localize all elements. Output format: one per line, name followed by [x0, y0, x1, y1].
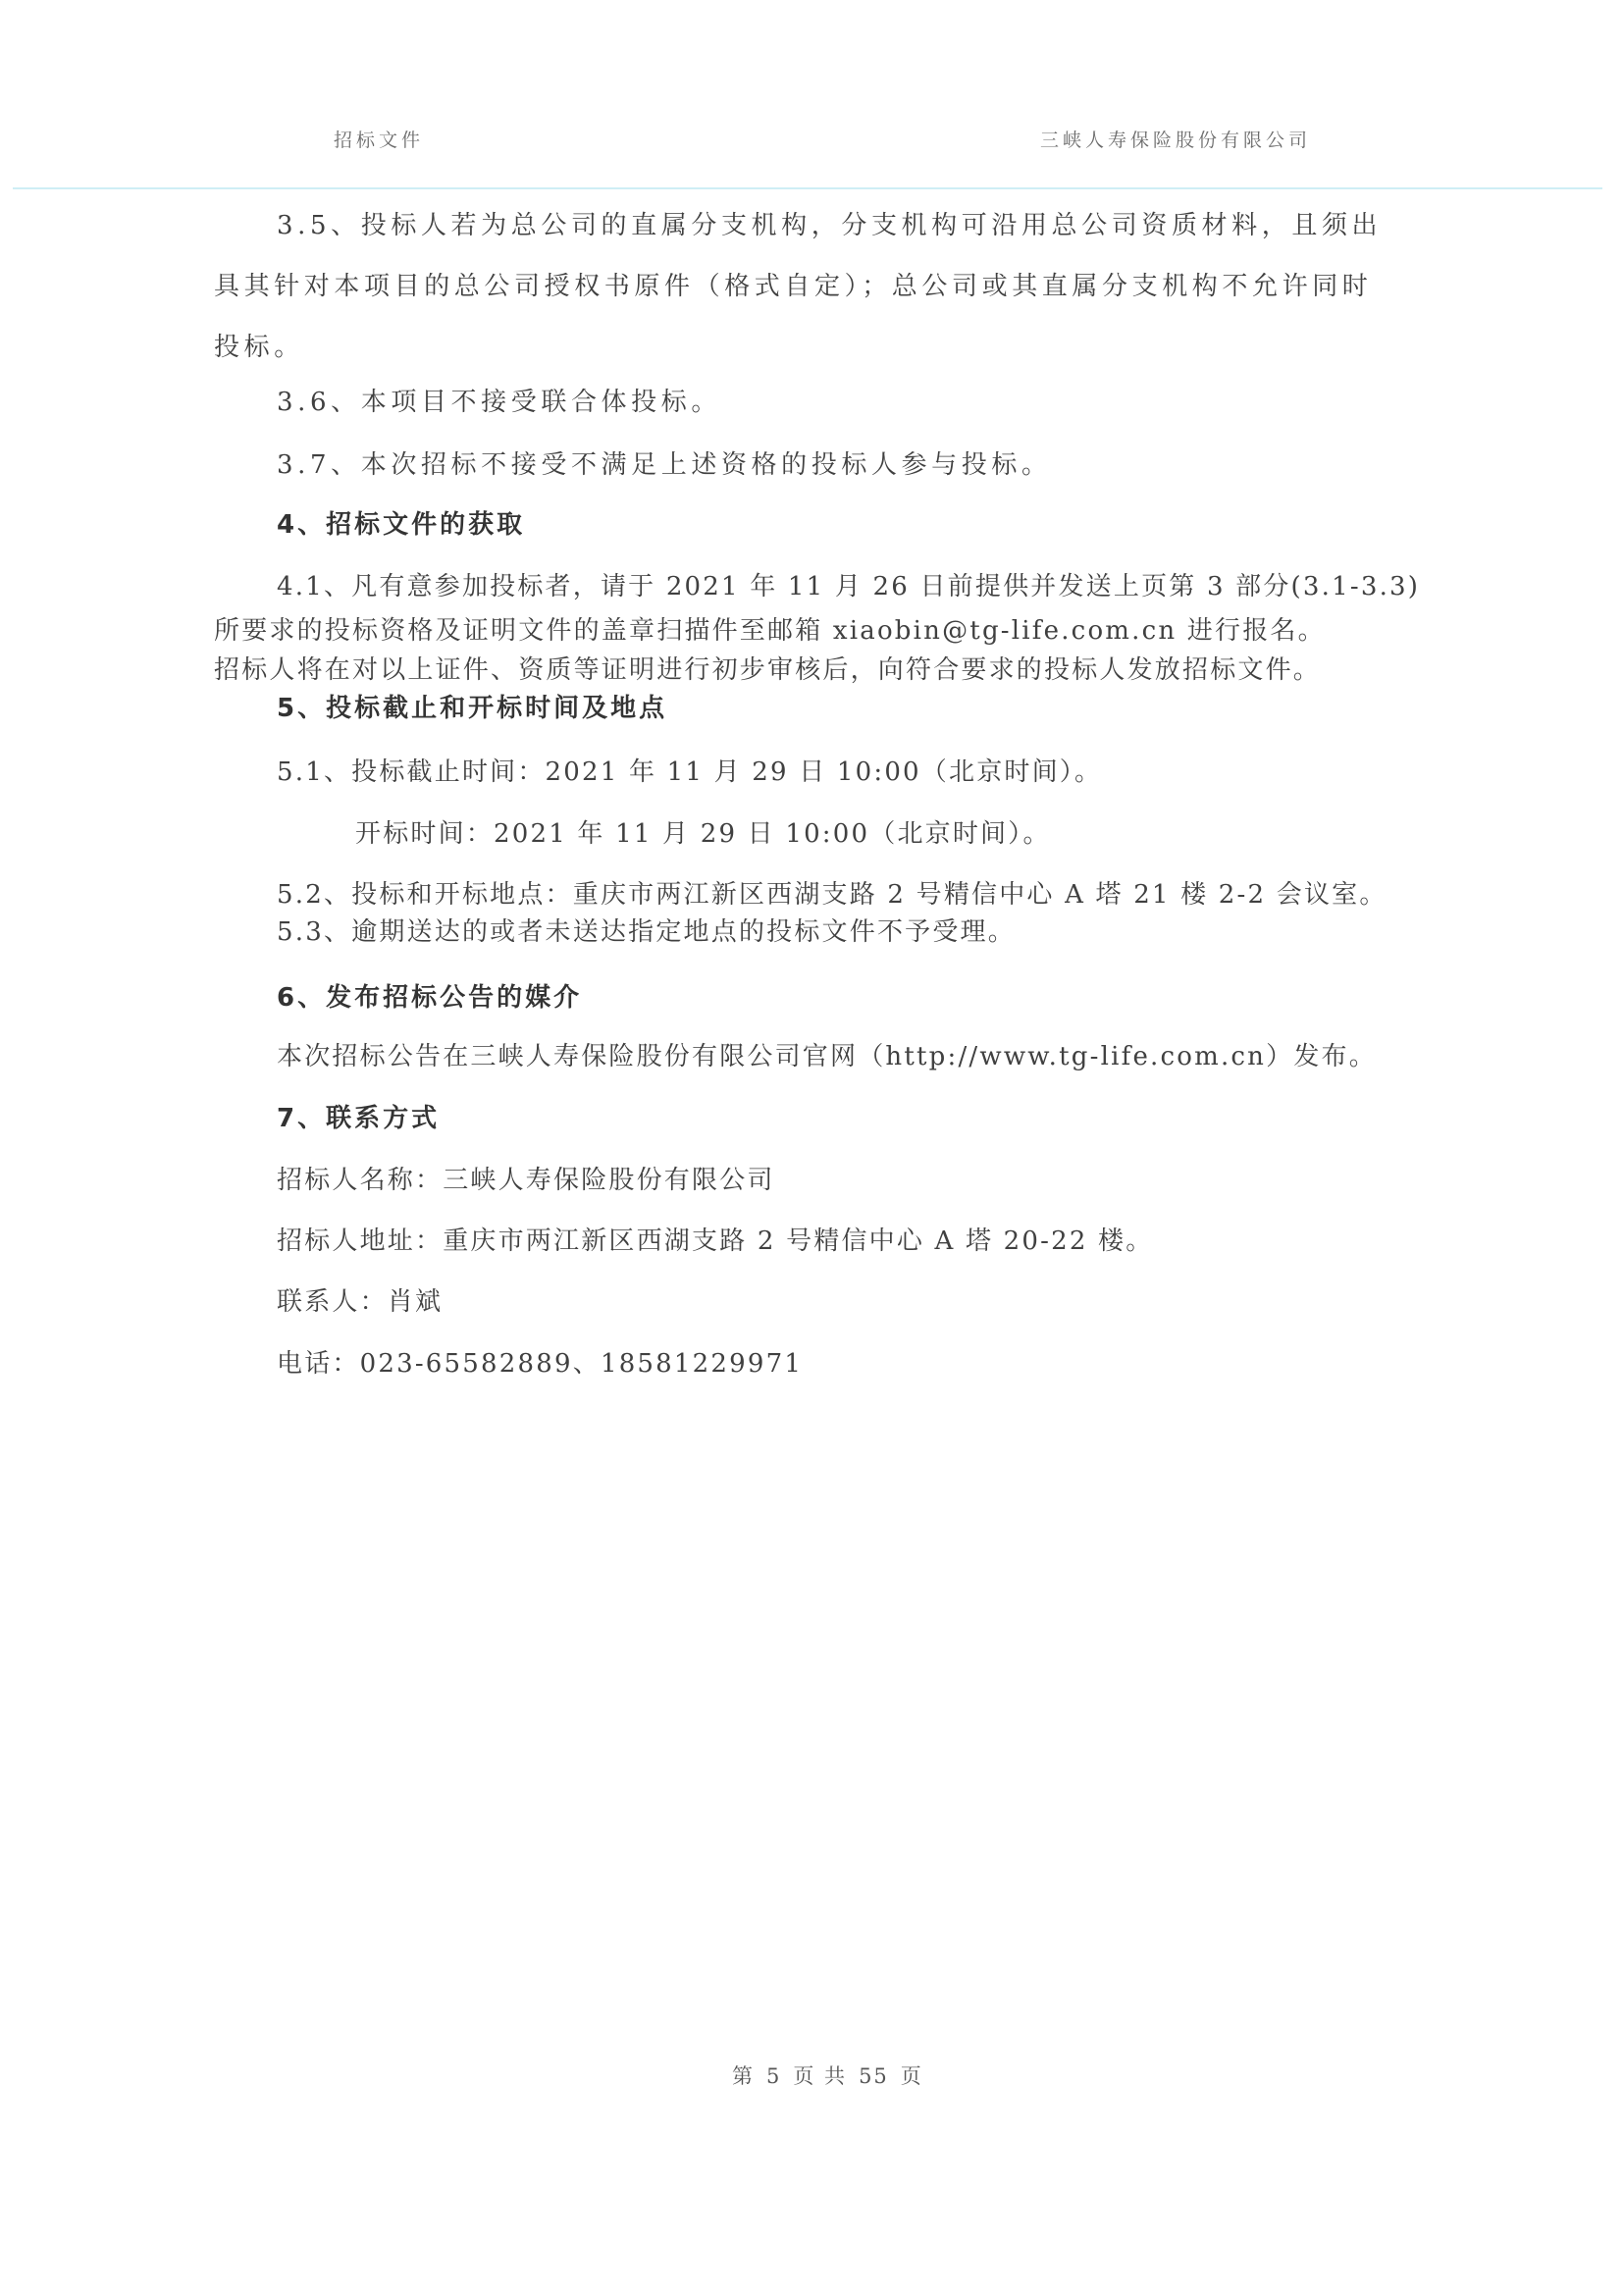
contact-tenderer-name: 招标人名称：三峡人寿保险股份有限公司 — [277, 1165, 775, 1196]
para-5-1-opening-time: 开标时间：2021 年 11 月 29 日 10:00（北京时间）。 — [355, 818, 1051, 850]
page-total: 55 — [859, 2064, 889, 2088]
header-divider — [13, 187, 1602, 189]
header-doc-title: 招标文件 — [334, 126, 424, 152]
page-prefix: 第 — [732, 2064, 755, 2088]
page-suffix: 页 — [901, 2064, 923, 2088]
page-number: 第5页 共55页 — [726, 2061, 929, 2090]
para-4-1-line-3: 招标人将在对以上证件、资质等证明进行初步审核后，向符合要求的投标人发放招标文件。 — [214, 654, 1321, 686]
contact-phone: 电话：023-65582889、18581229971 — [277, 1348, 803, 1380]
para-6: 本次招标公告在三峡人寿保险股份有限公司官网（http://www.tg-life… — [277, 1041, 1377, 1072]
para-3-5-line-2: 具其针对本项目的总公司授权书原件（格式自定）；总公司或其直属分支机构不允许同时 — [214, 271, 1372, 302]
section-7-heading: 7、联系方式 — [277, 1103, 440, 1134]
page-mid: 页 共 — [793, 2064, 847, 2088]
para-4-1-line-2: 所要求的投标资格及证明文件的盖章扫描件至邮箱 xiaobin@tg-life.c… — [214, 615, 1326, 647]
page-current: 5 — [766, 2064, 781, 2088]
section-4-heading: 4、招标文件的获取 — [277, 509, 525, 541]
para-4-1-line-1: 4.1、凡有意参加投标者，请于 2021 年 11 月 26 日前提供并发送上页… — [277, 571, 1420, 602]
contact-tenderer-address: 招标人地址：重庆市两江新区西湖支路 2 号精信中心 A 塔 20-22 楼。 — [277, 1226, 1153, 1257]
para-3-5-line-1: 3.5、投标人若为总公司的直属分支机构，分支机构可沿用总公司资质材料，且须出 — [277, 210, 1382, 241]
para-5-2: 5.2、投标和开标地点：重庆市两江新区西湖支路 2 号精信中心 A 塔 21 楼… — [277, 879, 1387, 911]
para-3-5-line-3: 投标。 — [214, 332, 304, 363]
para-3-6: 3.6、本项目不接受联合体投标。 — [277, 387, 721, 418]
contact-person: 联系人：肖斌 — [277, 1286, 443, 1318]
section-5-heading: 5、投标截止和开标时间及地点 — [277, 693, 667, 724]
para-3-7: 3.7、本次招标不接受不满足上述资格的投标人参与投标。 — [277, 449, 1052, 481]
section-6-heading: 6、发布招标公告的媒介 — [277, 982, 582, 1014]
para-5-3: 5.3、逾期送达的或者未送达指定地点的投标文件不予受理。 — [277, 916, 1016, 948]
header-company-name: 三峡人寿保险股份有限公司 — [1040, 126, 1311, 152]
para-5-1: 5.1、投标截止时间：2021 年 11 月 29 日 10:00（北京时间）。 — [277, 757, 1102, 788]
